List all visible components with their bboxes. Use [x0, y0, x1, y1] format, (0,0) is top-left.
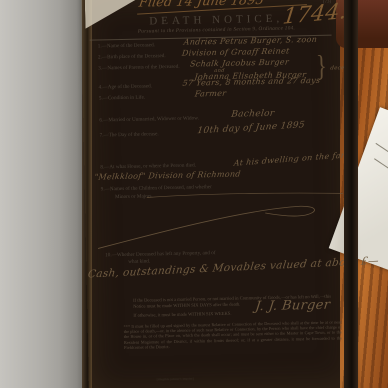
item-7-answer: 10th day of June 1895 [197, 120, 306, 136]
item-10-label: 10.—Whether Deceased has left any Proper… [105, 250, 216, 258]
item-1-label: 1.—Name of the Deceased. [98, 42, 155, 49]
item-1-answer: Andries Petrus Burger, S. zoon [183, 35, 317, 47]
item-6-label: 6.—Married or Unmarried, Widower or Wido… [99, 115, 199, 123]
paper-writing-line [374, 158, 388, 169]
item-2-answer: Division of Graaff Reinet [181, 46, 290, 57]
file-number: 1744. [281, 0, 348, 30]
item-8-label: 8.—At what House, or where the Person di… [100, 162, 196, 170]
book-photo: Filed 14 June 1895 (73) DEATH NOTICE, Pu… [0, 0, 388, 388]
item-4-label: 4.—Age of the Deceased. [99, 83, 153, 90]
book-spine-edge [344, 0, 358, 388]
fine-print-paragraph-3: *** It must be filled up and signed by t… [124, 319, 342, 350]
item-3-label: 3.—Names of Parents of the Deceased. [98, 64, 179, 72]
item-8-answer-line2: "Melkkloof" Division of Richmond [94, 169, 241, 181]
item-5-label: 5.—Condition in Life. [99, 94, 146, 101]
printer-imprint: [illegible printer's imprint] [157, 377, 194, 382]
item-3-answer-father: Schalk Jacobus Burger [190, 57, 290, 68]
item-9-label: 9.—Names of the Children of Deceased, an… [101, 184, 212, 192]
item-5-answer: Farmer [194, 89, 227, 99]
paper-writing-line [376, 143, 388, 158]
facing-page [0, 0, 85, 388]
item-7-label: 7.—The Day of the decease. [100, 131, 159, 138]
item-2-label: 2.—Birth place of the Deceased. [98, 53, 166, 60]
item-8-answer-line1: At his dwelling on the farm [233, 150, 353, 168]
item-6-answer: Bachelor [231, 109, 275, 120]
death-notice-page: Filed 14 June 1895 (73) DEATH NOTICE, Pu… [81, 0, 355, 388]
item-9-nil-flourish [95, 196, 326, 253]
signature: J. J. Burger [254, 298, 331, 315]
item-4-answer: 57 Years, 8 months and 27 days [182, 76, 321, 88]
item-10-label-line2: what kind. [128, 258, 150, 264]
